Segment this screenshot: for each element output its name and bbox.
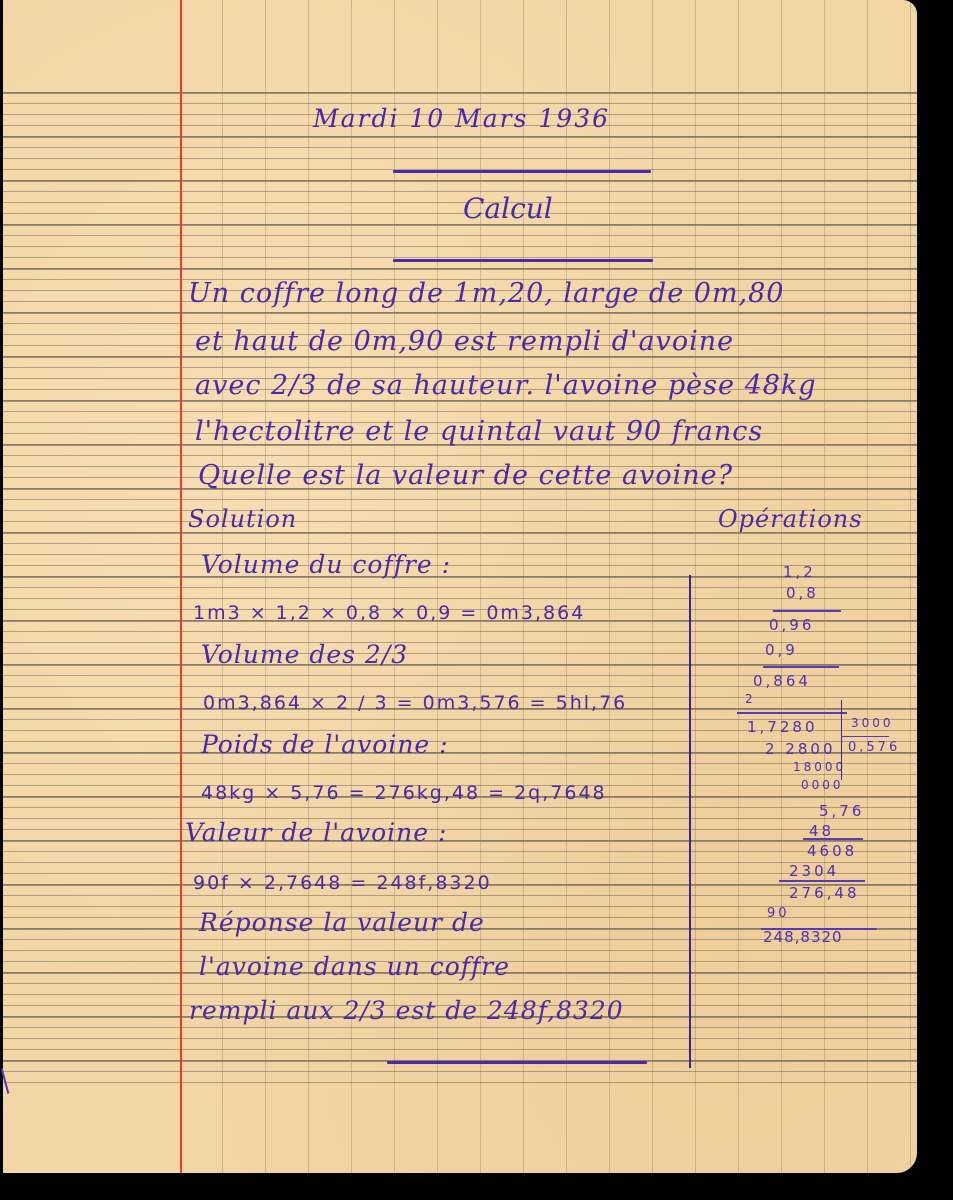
answer-line-3: rempli aux 2/3 est de 248f,8320	[189, 996, 624, 1025]
title-underline-top	[393, 170, 651, 173]
op-div-divisor: 3000	[851, 716, 894, 730]
red-margin-line	[180, 0, 182, 1173]
problem-line-2: et haut de 0m,90 est rempli d'avoine	[195, 326, 734, 357]
column-divider	[689, 575, 691, 1068]
date-heading: Mardi 10 Mars 1936	[313, 104, 610, 133]
problem-line-1: Un coffre long de 1m,20, large de 0m,80	[188, 278, 784, 309]
closing-underline	[387, 1061, 647, 1064]
op-rule-1	[773, 610, 841, 612]
op-mult3-a: 5,76	[819, 802, 864, 820]
step-1-calc: 1m3 × 1,2 × 0,8 × 0,9 = 0m3,864	[193, 602, 585, 624]
op-mult1-a: 1,2	[783, 563, 816, 581]
op-mult2-b: 0,9	[765, 641, 798, 659]
solution-label: Solution	[188, 505, 297, 533]
op-rule-5	[779, 880, 865, 882]
step-1-title: Volume du coffre :	[201, 550, 451, 579]
problem-line-4: l'hectolitre et le quintal vaut 90 franc…	[195, 416, 763, 447]
op-rule-2	[763, 666, 839, 668]
op-div-line-3: 18000	[793, 760, 846, 774]
op-mult3-result: 276,48	[789, 884, 860, 902]
answer-line-2: l'avoine dans un coffre	[199, 952, 510, 981]
title-underline-bottom	[393, 259, 653, 262]
notebook-page: Mardi 10 Mars 1936 Calcul Un coffre long…	[3, 0, 917, 1173]
step-4-calc: 90f × 2,7648 = 248f,8320	[193, 872, 492, 894]
op-mult1-result: 0,96	[769, 616, 814, 634]
op-div-line-1: 1,7280	[747, 718, 818, 736]
step-3-title: Poids de l'avoine :	[201, 730, 449, 759]
problem-line-3: avec 2/3 de sa hauteur. l'avoine pèse 48…	[195, 370, 817, 401]
op-mult1-b: 0,8	[786, 584, 819, 602]
problem-line-5: Quelle est la valeur de cette avoine?	[198, 460, 733, 491]
op-times-2: 2	[745, 692, 756, 706]
op-div-quotient: 0,576	[848, 740, 900, 755]
op-division-rule	[841, 736, 889, 737]
op-mult4-b: 90	[767, 906, 790, 921]
step-2-calc: 0m3,864 × 2 / 3 = 0m3,576 = 5hl,76	[203, 692, 627, 714]
op-mult2-result: 0,864	[753, 672, 811, 690]
op-mult4-result: 248,8320	[763, 928, 843, 946]
op-rule-3	[737, 712, 847, 714]
answer-line-1: Réponse la valeur de	[199, 908, 485, 937]
op-div-line-4: 0000	[801, 778, 844, 792]
op-mult3-partial2: 2304	[789, 862, 839, 880]
op-div-line-2: 2 2800	[765, 740, 836, 758]
op-division-bar	[841, 700, 842, 780]
op-mult3-partial1: 4608	[807, 842, 857, 860]
op-rule-4	[803, 838, 863, 840]
step-4-title: Valeur de l'avoine :	[185, 818, 447, 847]
operations-label: Opérations	[718, 505, 863, 533]
step-3-calc: 48kg × 5,76 = 276kg,48 = 2q,7648	[201, 782, 607, 804]
step-2-title: Volume des 2/3	[201, 640, 408, 669]
subject-title: Calcul	[463, 192, 553, 225]
